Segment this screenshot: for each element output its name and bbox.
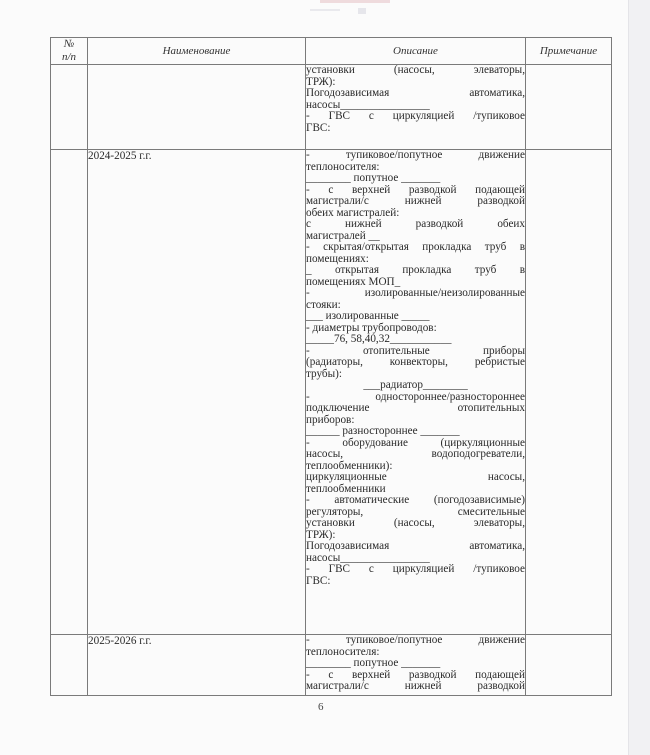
row-description-cell: - тупиковое/попутное движениетеплоносите… [306,635,526,696]
description-line: подключение отопительных [306,403,525,415]
header-number: №п/п [51,38,88,65]
row-note-cell [526,150,612,635]
table-row: 2025-2026 г.г.- тупиковое/попутное движе… [51,635,612,696]
description-line: Погодозависимая автоматика, [306,88,525,100]
description-line: _____76, 58,40,32___________ [306,334,525,346]
description-line: - скрытая/открытая прокладка труб в [306,242,525,254]
description-line: ___радиатор________ [306,380,525,392]
row-note-cell [526,65,612,150]
description-line: _ открытая прокладка труб в [306,265,525,277]
row-description-cell: - тупиковое/попутное движениетеплоносите… [306,150,526,635]
description-line: магистрали/с нижней разводкой [306,196,525,208]
header-name: Наименование [88,38,306,65]
description-line: ГВС: [306,576,525,588]
row-name-cell: 2024-2025 г.г. [88,150,306,635]
page-edge [628,0,650,755]
row-note-cell [526,635,612,696]
description-line: циркуляционные насосы, [306,472,525,484]
row-name-cell: 2025-2026 г.г. [88,635,306,696]
description-line: магистрали/с нижней разводкой [306,681,525,693]
description-line: - тупиковое/попутное движение [306,635,525,647]
table-row: 2024-2025 г.г.- тупиковое/попутное движе… [51,150,612,635]
description-line: - тупиковое/попутное движение [306,150,525,162]
stamp-mark [300,0,420,20]
header-note: Примечание [526,38,612,65]
header-description: Описание [306,38,526,65]
description-line: ______ разностороннее _______ [306,426,525,438]
description-line: установки (насосы, элеваторы, [306,65,525,77]
page-number: 6 [318,701,324,713]
description-line: - изолированные/неизолированные [306,288,525,300]
description-line: насосы, водоподогреватели, [306,449,525,461]
description-line: - ГВС с циркуляцией /тупиковое [306,564,525,576]
table-row: установки (насосы, элеваторы,ТРЖ):Погодо… [51,65,612,150]
description-line: с нижней разводкой обеих [306,219,525,231]
description-line: ГВС: [306,123,525,135]
description-line: Погодозависимая автоматика, [306,541,525,553]
row-name-cell [88,65,306,150]
row-number-cell [51,635,88,696]
row-description-cell: установки (насосы, элеваторы,ТРЖ):Погодо… [306,65,526,150]
row-number-cell [51,150,88,635]
description-line: - ГВС с циркуляцией /тупиковое [306,111,525,123]
row-number-cell [51,65,88,150]
description-line: - автоматические (погодозависимые) [306,495,525,507]
description-line: (радиаторы, конвекторы, ребристые [306,357,525,369]
description-line: ________ попутное _______ [306,173,525,185]
description-line: ___ изолированные _____ [306,311,525,323]
description-line: ________ попутное _______ [306,658,525,670]
description-line: установки (насосы, элеваторы, [306,518,525,530]
table-header-row: №п/п Наименование Описание Примечание [51,38,612,65]
specification-table: №п/п Наименование Описание Примечание ус… [50,37,612,696]
